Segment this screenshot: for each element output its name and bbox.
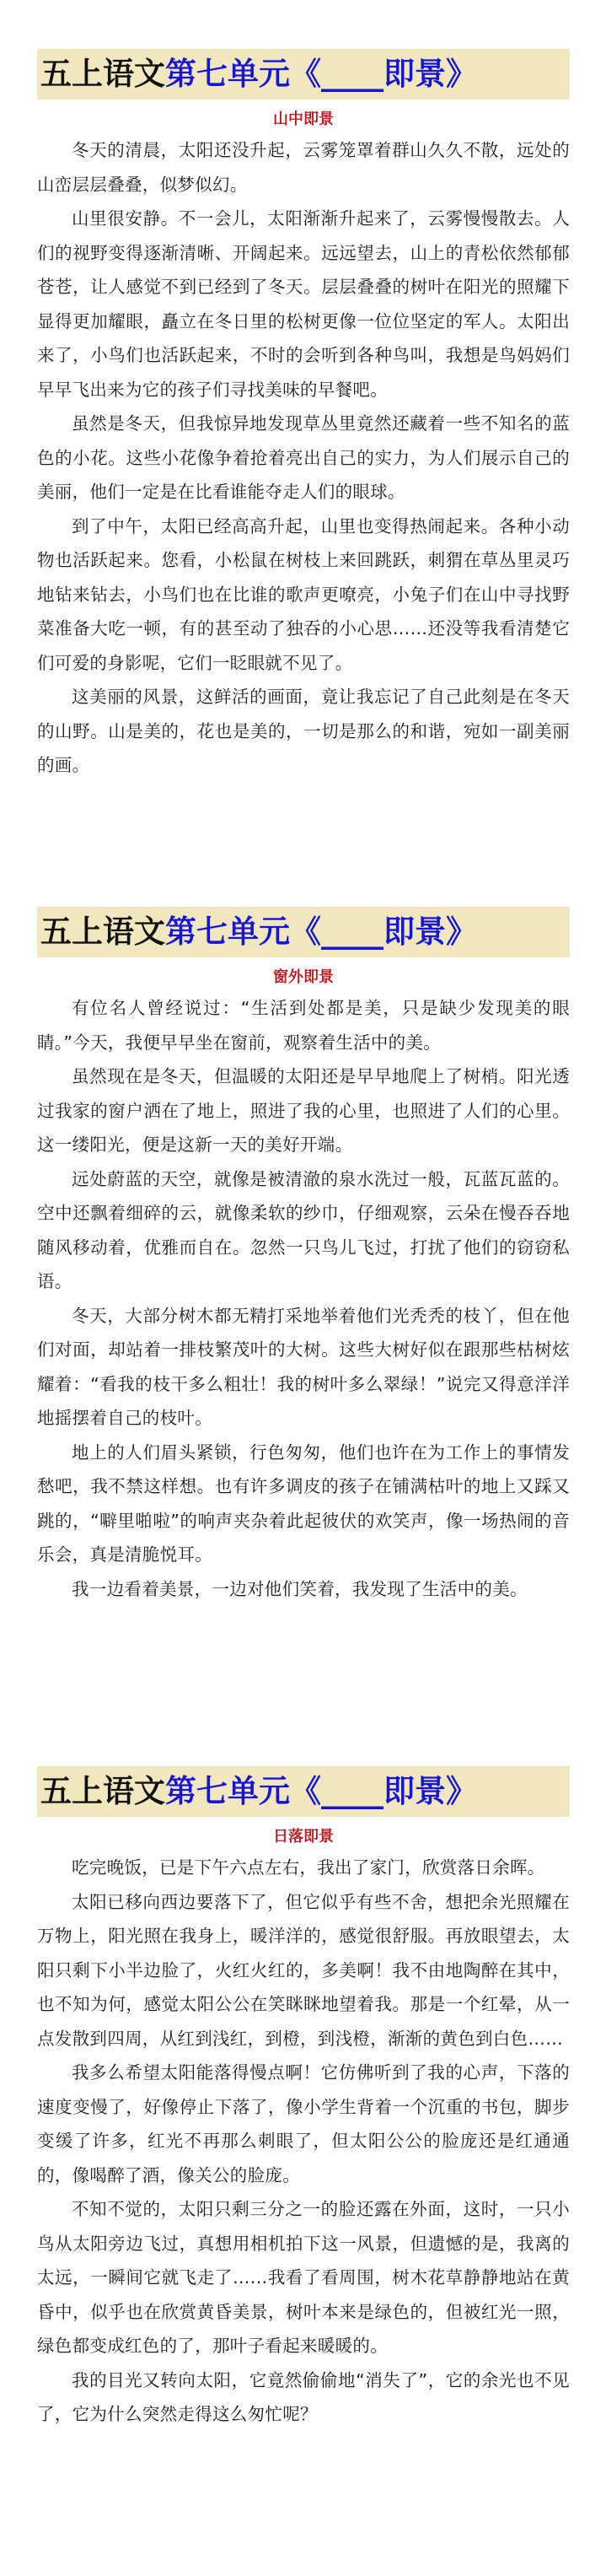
banner-title-part1: 五上语文 — [40, 907, 165, 957]
banner-title-part1: 五上语文 — [40, 1766, 165, 1817]
essay-section-sunset: 五上语文第七单元《____即景》 日落即景 吃完晚饭，已是下午六点左右，我出了家… — [37, 1766, 570, 2432]
paragraph: 有位名人曾经说过：“生活到处都是美，只是缺少发现美的眼睛。”今天，我便早早坐在窗… — [37, 991, 570, 1059]
paragraph: 太阳已移向西边要落下了，但它似乎有些不舍，想把余光照耀在万物上，阳光照在我身上，… — [37, 1885, 570, 2056]
essay-body: 有位名人曾经说过：“生活到处都是美，只是缺少发现美的眼睛。”今天，我便早早坐在窗… — [37, 991, 570, 1606]
banner-title-part2: 第七单元《____即景》 — [165, 49, 477, 100]
paragraph: 山里很安静。不一会儿，太阳渐渐升起来了，云雾慢慢散去。人们的视野变得逐渐清晰、开… — [37, 202, 570, 407]
paragraph: 远处蔚蓝的天空，就像是被清澈的泉水洗过一般，瓦蓝瓦蓝的。空中还飘着细碎的云，就像… — [37, 1162, 570, 1299]
paragraph: 冬天，大部分树木都无精打采地举着他们光秃秃的枝丫，但在他们对面，却站着一排枝繁茂… — [37, 1299, 570, 1436]
paragraph: 冬天的清晨，太阳还没升起，云雾笼罩着群山久久不散，远处的山峦层层叠叠，似梦似幻。 — [37, 133, 570, 202]
banner-title-part2: 第七单元《____即景》 — [165, 907, 477, 957]
paragraph: 我的目光又转向太阳，它竟然偷偷地“消失了”，它的余光也不见了，它为什么突然走得这… — [37, 2363, 570, 2432]
unit-title-banner: 五上语文第七单元《____即景》 — [37, 1766, 570, 1817]
paragraph: 地上的人们眉头紧锁，行色匆匆，他们也许在为工作上的事情发愁吧，我不禁这样想。也有… — [37, 1436, 570, 1572]
unit-title-banner: 五上语文第七单元《____即景》 — [37, 49, 570, 100]
paragraph: 虽然是冬天，但我惊异地发现草丛里竟然还藏着一些不知名的蓝色的小花。这些小花像争着… — [37, 407, 570, 509]
paragraph: 不知不觉的，太阳只剩三分之一的脸还露在外面，这时，一只小鸟从太阳旁边飞过，真想用… — [37, 2192, 570, 2363]
banner-title-part1: 五上语文 — [40, 49, 165, 100]
paragraph: 这美丽的风景，这鲜活的画面，竟让我忘记了自己此刻是在冬天的山野。山是美的，花也是… — [37, 680, 570, 783]
essay-subtitle: 日落即景 — [37, 1827, 570, 1847]
essay-body: 冬天的清晨，太阳还没升起，云雾笼罩着群山久久不散，远处的山峦层层叠叠，似梦似幻。… — [37, 133, 570, 783]
essay-section-window: 五上语文第七单元《____即景》 窗外即景 有位名人曾经说过：“生活到处都是美，… — [37, 907, 570, 1606]
essay-body: 吃完晚饭，已是下午六点左右，我出了家门，欣赏落日余晖。 太阳已移向西边要落下了，… — [37, 1851, 570, 2432]
essay-section-mountain: 五上语文第七单元《____即景》 山中即景 冬天的清晨，太阳还没升起，云雾笼罩着… — [37, 49, 570, 783]
paragraph: 我一边看着美景，一边对他们笑着，我发现了生活中的美。 — [37, 1572, 570, 1607]
paragraph: 到了中午，太阳已经高高升起，山里也变得热闹起来。各种小动物也活跃起来。您看，小松… — [37, 509, 570, 681]
paragraph: 我多么希望太阳能落得慢点啊！它仿佛听到了我的心声，下落的速度变慢了，好像停止下落… — [37, 2056, 570, 2192]
essay-subtitle: 窗外即景 — [37, 967, 570, 988]
unit-title-banner: 五上语文第七单元《____即景》 — [37, 907, 570, 957]
paragraph: 虽然现在是冬天，但温暖的太阳还是早早地爬上了树梢。阳光透过我家的窗户洒在了地上，… — [37, 1059, 570, 1162]
essay-subtitle: 山中即景 — [37, 110, 570, 130]
banner-title-part2: 第七单元《____即景》 — [165, 1766, 477, 1817]
paragraph: 吃完晚饭，已是下午六点左右，我出了家门，欣赏落日余晖。 — [37, 1851, 570, 1885]
